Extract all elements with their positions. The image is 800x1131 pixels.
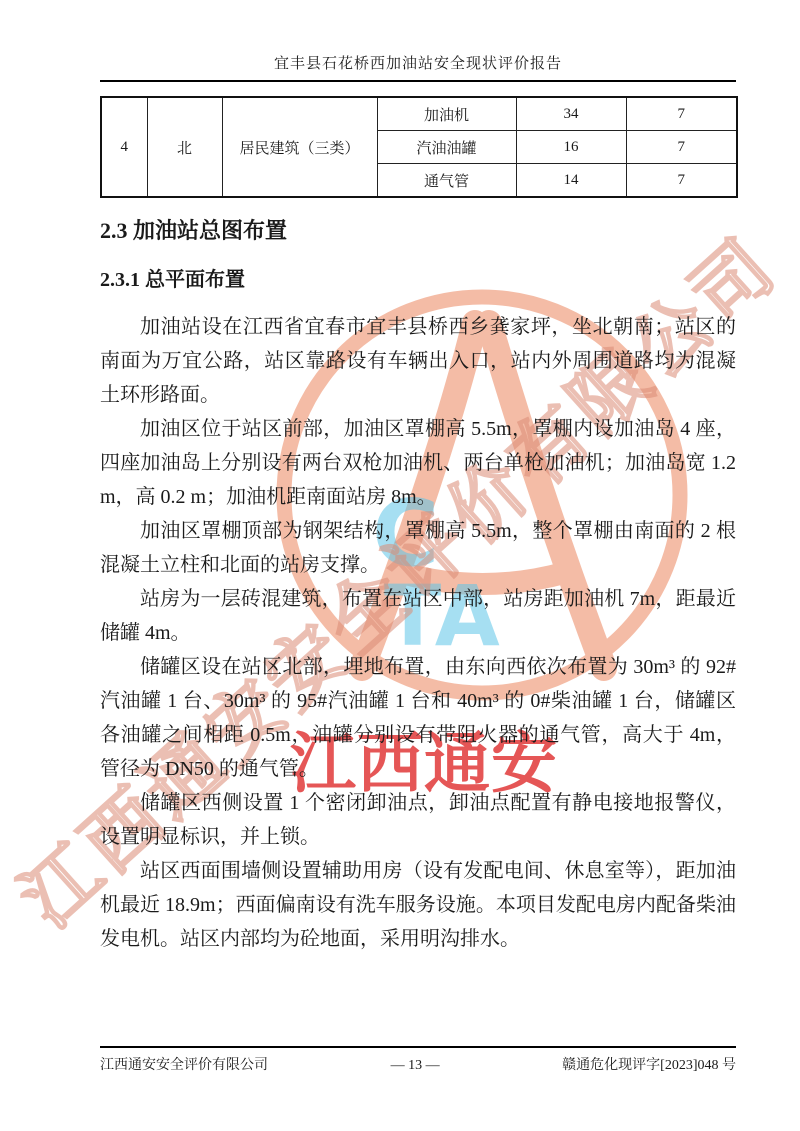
- section-heading-2-3: 2.3 加油站总图布置: [100, 216, 736, 246]
- paragraph-tank-area: 储罐区设在站区北部，埋地布置，由东向西依次布置为 30m³ 的 92#汽油罐 1…: [100, 650, 736, 786]
- cell-direction: 北: [147, 97, 222, 197]
- paragraph-auxiliary-rooms: 站区西面围墙侧设置辅助用房（设有发配电间、休息室等），距加油机最近 18.9m；…: [100, 854, 736, 956]
- cell-value: 14: [516, 164, 626, 198]
- cell-standard: 7: [626, 164, 737, 198]
- paragraph-station-house: 站房为一层砖混建筑，布置在站区中部，站房距加油机 7m，距最近储罐 4m。: [100, 582, 736, 650]
- footer-page-number: — 13 —: [391, 1058, 440, 1074]
- page-footer: 江西通安安全评价有限公司 — 13 — 赣通危化现评字[2023]048 号: [100, 1046, 736, 1074]
- cell-standard: 7: [626, 131, 737, 164]
- document-page: C TA 江西通安安全评价有限公司 江西通安 宜丰县石花桥西加油站安全现状评价报…: [0, 0, 800, 1131]
- paragraph-canopy: 加油区罩棚顶部为钢架结构，罩棚高 5.5m，整个罩棚由南面的 2 根混凝土立柱和…: [100, 514, 736, 582]
- cell-item: 加油机: [377, 97, 516, 131]
- distance-table: 4 北 居民建筑（三类） 加油机 34 7 汽油油罐 16 7 通气管 14 7: [100, 96, 738, 198]
- section-heading-2-3-1: 2.3.1 总平面布置: [100, 266, 736, 294]
- footer-doc-number: 赣通危化现评字[2023]048 号: [562, 1054, 736, 1074]
- paragraph-unloading-point: 储罐区西侧设置 1 个密闭卸油点，卸油点配置有静电接地报警仪，设置明显标识，并上…: [100, 786, 736, 854]
- cell-value: 16: [516, 131, 626, 164]
- cell-item: 通气管: [377, 164, 516, 198]
- body-text: 2.3 加油站总图布置 2.3.1 总平面布置 加油站设在江西省宜春市宜丰县桥西…: [100, 208, 736, 956]
- footer-company: 江西通安安全评价有限公司: [100, 1054, 268, 1074]
- paragraph-site-location: 加油站设在江西省宜春市宜丰县桥西乡龚家坪，坐北朝南；站区的南面为万宜公路，站区靠…: [100, 310, 736, 412]
- cell-building: 居民建筑（三类）: [222, 97, 377, 197]
- cell-item: 汽油油罐: [377, 131, 516, 164]
- header-title: 宜丰县石花桥西加油站安全现状评价报告: [274, 56, 562, 72]
- table-row: 4 北 居民建筑（三类） 加油机 34 7: [101, 97, 737, 131]
- cell-standard: 7: [626, 97, 737, 131]
- paragraph-fueling-area: 加油区位于站区前部，加油区罩棚高 5.5m，罩棚内设加油岛 4 座，四座加油岛上…: [100, 412, 736, 514]
- cell-value: 34: [516, 97, 626, 131]
- page-header: 宜丰县石花桥西加油站安全现状评价报告: [100, 52, 736, 82]
- cell-seq: 4: [101, 97, 147, 197]
